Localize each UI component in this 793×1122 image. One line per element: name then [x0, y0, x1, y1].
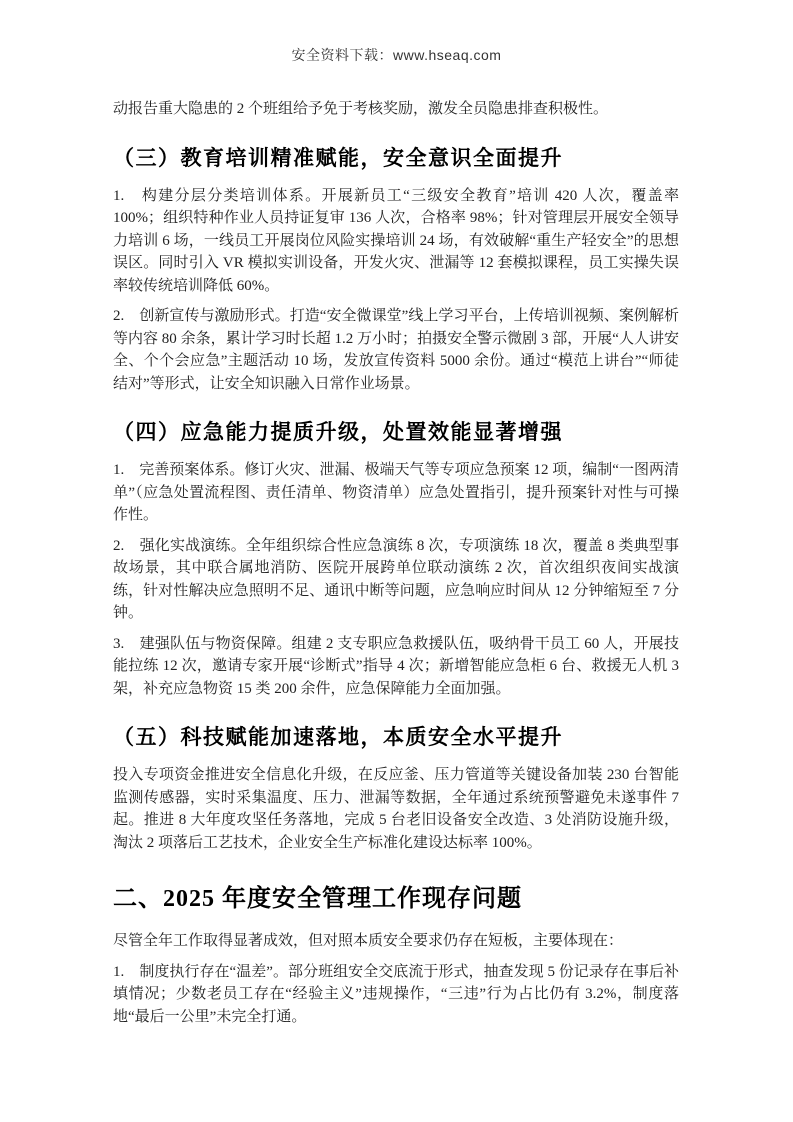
page-header: 安全资料下载：www.hseaq.com — [0, 0, 793, 65]
document-page: 安全资料下载：www.hseaq.com 动报告重大隐患的 2 个班组给予免于考… — [0, 0, 793, 1122]
section-4-paragraph-1: 1. 完善预案体系。修订火灾、泄漏、极端天气等专项应急预案 12 项，编制“一图… — [113, 459, 679, 527]
section-4-heading: （四）应急能力提质升级，处置效能显著增强 — [113, 417, 679, 447]
section-3-paragraph-1: 1. 构建分层分类培训体系。开展新员工“三级安全教育”培训 420 人次，覆盖率… — [113, 185, 679, 298]
section-5-heading: （五）科技赋能加速落地，本质安全水平提升 — [113, 722, 679, 752]
section-4-paragraph-2: 2. 强化实战演练。全年组织综合性应急演练 8 次，专项演练 18 次，覆盖 8… — [113, 535, 679, 625]
section-5-paragraph-1: 投入专项资金推进安全信息化升级，在反应釜、压力管道等关键设备加装 230 台智能… — [113, 764, 679, 854]
continuation-paragraph: 动报告重大隐患的 2 个班组给予免于考核奖励，激发全员隐患排查积极性。 — [113, 98, 679, 121]
chapter-2-heading: 二、2025 年度安全管理工作现存问题 — [113, 882, 679, 916]
chapter-2-intro-paragraph: 尽管全年工作取得显著成效，但对照本质安全要求仍存在短板，主要体现在： — [113, 930, 679, 953]
section-3-heading: （三）教育培训精准赋能，安全意识全面提升 — [113, 143, 679, 173]
document-content: 动报告重大隐患的 2 个班组给予免于考核奖励，激发全员隐患排查积极性。 （三）教… — [0, 98, 793, 1028]
section-4-paragraph-3: 3. 建强队伍与物资保障。组建 2 支专职应急救援队伍，吸纳骨干员工 60 人，… — [113, 633, 679, 701]
chapter-2-paragraph-1: 1. 制度执行存在“温差”。部分班组安全交底流于形式，抽查发现 5 份记录存在事… — [113, 961, 679, 1029]
site-watermark-text: 安全资料下载：www.hseaq.com — [292, 47, 502, 63]
section-3-paragraph-2: 2. 创新宣传与激励形式。打造“安全微课堂”线上学习平台，上传培训视频、案例解析… — [113, 305, 679, 395]
